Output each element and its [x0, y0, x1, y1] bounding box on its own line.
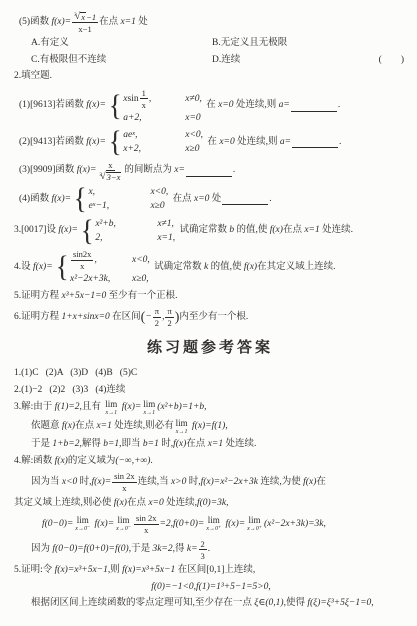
case-expression: x²+b,	[95, 218, 157, 230]
limit-subscript: x→1	[105, 410, 117, 416]
text-line: 4.设 f(x)={sin2xx,x<0,x²−2x+3k,x≥0, 试确定常数…	[12, 248, 408, 286]
math-run: −	[145, 311, 151, 324]
text-run: 的定义域为	[68, 455, 116, 468]
math-run: f(x)	[62, 420, 75, 433]
math-run: a=	[280, 136, 291, 149]
cases-rows: sin2xx,x<0,x²−2x+3k,x≥0,	[70, 248, 150, 286]
text-line: 因为 f(0−0)=f(0+0)=f(0),于是 3k=2,得 k=23.	[12, 539, 408, 561]
case-condition: x≠1,	[157, 218, 174, 230]
math-run: (x²+b)=1+b	[157, 401, 204, 414]
text-run: ,使得	[284, 597, 308, 610]
limit-subscript: x→0⁻	[75, 526, 90, 532]
math-fraction: x3√3−x	[97, 160, 123, 182]
math-run: k=	[187, 543, 198, 556]
math-run: f(x)	[173, 438, 186, 451]
option-column: A.有定义	[31, 37, 212, 50]
limit-operator: limx→0⁺	[247, 516, 262, 532]
math-run: x=0	[194, 193, 209, 206]
text-line: 于是 1+b=2,解得 b=1,即当 b=1 时,f(x)在点 x=1 处连续.	[12, 438, 408, 451]
text-run: .	[233, 164, 235, 177]
cases-rows: x²+b,x≠1,2,x=1,	[95, 217, 175, 245]
limit-word: lim	[105, 400, 117, 409]
text-line: 因为当 x<0 时,f(x)=sin 2xx连续,当 x>0 时,f(x)=x²…	[12, 471, 408, 493]
math-run: x<0,	[185, 129, 203, 141]
fraction-denominator: 3√3−x	[97, 171, 123, 182]
text-run: 在区间	[110, 311, 141, 324]
math-fraction: sin 2xx	[112, 471, 137, 493]
fill-in-blank	[222, 193, 268, 205]
text-run: 4.解:函数	[14, 455, 55, 468]
text-run: 处连续.	[223, 438, 256, 451]
text-run: 在点	[127, 497, 148, 510]
math-run: f(x)=	[92, 476, 112, 489]
math-run: f(x)	[114, 497, 127, 510]
limit-word: lim	[208, 516, 220, 525]
math-run: b=1	[103, 438, 119, 451]
cases-row: x²−2x+3k,x≥0,	[70, 272, 150, 286]
text-run: 在	[316, 476, 326, 489]
text-run: 的间断点为	[124, 164, 174, 177]
math-run: −1,	[96, 200, 110, 212]
fraction-denominator: x	[140, 99, 148, 110]
case-condition: x≠0,	[185, 93, 202, 105]
math-run: x=1	[304, 224, 319, 237]
math-run: x=1,	[157, 232, 175, 244]
cases-row: ex−1,x≥0	[88, 199, 168, 213]
text-run: (4)函数	[19, 193, 51, 206]
text-run: 处连续.	[320, 224, 353, 237]
math-run: f(x)=	[86, 99, 106, 112]
fraction-numerator: 2	[199, 539, 207, 551]
fraction-denominator: 2	[153, 318, 161, 329]
text-run: 3.[0017]设	[14, 224, 58, 237]
case-condition: x<0,	[150, 186, 168, 198]
limit-subscript: x→0⁺	[206, 526, 221, 532]
case-condition: x≥0,	[132, 273, 149, 285]
text-run: ,	[204, 401, 206, 414]
math-run: x=	[174, 164, 185, 177]
text-run: 在	[204, 99, 218, 112]
math-run: f(ξ)=ξ³+5ξ−1=0	[307, 597, 371, 610]
text-run: ,且有	[80, 401, 104, 414]
piecewise-cases: {xsin1x,x≠0,a+2,x=0	[108, 87, 202, 125]
cases-row: a+2,x=0	[123, 111, 202, 125]
math-run: f(x)=x³+5x−1	[122, 564, 175, 577]
text-line: (2)[9413]若函数 f(x)={aex,x<0,x+2,x≥0 在 x=0…	[12, 128, 408, 156]
limit-operator: limx→1	[176, 419, 188, 435]
math-run: f(0−0)=	[42, 518, 73, 531]
text-run: 内至少有一个根.	[179, 311, 248, 324]
text-line: 2.(1)−2 (2)2 (3)3 (4)连续	[12, 384, 408, 397]
answers-header: 练习题参考答案	[12, 339, 408, 358]
text-run: 2.(1)−2 (2)2 (3)3 (4)连续	[14, 384, 125, 397]
math-fraction: sin 2xx	[134, 513, 159, 535]
text-line: C.有极限但不连续D.连续( )	[12, 54, 408, 67]
text-line: (4)函数 f(x)={x,x<0,ex−1,x≥0 在点 x=0 处.	[12, 185, 408, 213]
text-run: 因为	[31, 543, 52, 556]
case-expression: x,	[88, 186, 150, 198]
math-run: x≠0,	[185, 93, 202, 105]
text-line: (1)[9613]若函数 f(x)={xsin1x,x≠0,a+2,x=0 在 …	[12, 87, 408, 125]
math-run: x²−2x+3k,	[70, 273, 110, 285]
radical-index: 3	[99, 170, 102, 180]
text-line: 3.解:由于 f(1)=2,且有 limx→1 f(x)=limx→1(x²+b…	[12, 400, 408, 416]
fraction-numerator: π	[165, 306, 173, 318]
answers-section: 1.(1)C (2)A (3)D (4)B (5)C2.(1)−2 (2)2 (…	[12, 367, 408, 610]
text-run: ,得	[173, 543, 187, 556]
text-run: 在点	[99, 16, 120, 29]
text-run: ,	[225, 420, 227, 433]
case-condition: x=1,	[157, 232, 175, 244]
radical: 3√3−x	[99, 172, 121, 182]
math-run: (−∞,+∞)	[115, 455, 150, 468]
text-run: 于是	[31, 438, 52, 451]
text-run: B.无定义且无极限	[212, 37, 287, 50]
radical-index: 3	[74, 10, 77, 20]
cases-row: sin2xx,x<0,	[70, 248, 150, 272]
text-run: 6.证明方程	[14, 311, 62, 324]
text-run: ,于是	[129, 543, 153, 556]
text-run: 时,	[77, 476, 91, 489]
text-line: 依题意 f(x)在点 x=1 处连续,则必有limx→1 f(x)=f(1),	[12, 419, 408, 435]
math-run: x<0,	[150, 186, 168, 198]
math-run: x≥0,	[132, 273, 149, 285]
text-line: 其定义域上连续,则必使 f(x)在点 x=0 处连续,f(0)=3k,	[12, 497, 408, 510]
case-expression: sin2xx,	[70, 249, 132, 271]
text-run: 处连续,则必有	[112, 420, 174, 433]
text-run: 处	[209, 193, 221, 206]
math-run: 1+x+sinx=0	[62, 311, 110, 324]
math-run: f(x)=	[92, 518, 114, 531]
math-run: x³+5x−1=0	[62, 290, 107, 303]
limit-subscript: x→1	[176, 429, 188, 435]
text-run: ,	[324, 518, 326, 531]
cases-rows: aex,x<0,x+2,x≥0	[123, 128, 203, 156]
math-run: f(0)=3k	[197, 497, 226, 510]
cases-brace-icon: {	[109, 93, 122, 119]
fill-in-blank	[186, 165, 232, 177]
case-expression: ex−1,	[88, 200, 150, 212]
math-run: f(x)=	[119, 401, 141, 414]
text-run: 2.填空题.	[14, 70, 52, 83]
math-run: f(1)=2	[55, 401, 80, 414]
superscript: x	[93, 202, 96, 209]
math-run: (x²−2x+3k)=3k	[264, 518, 324, 531]
fraction-denominator: x	[120, 483, 128, 494]
text-run: A.有定义	[31, 37, 69, 50]
math-fraction: 23	[199, 539, 207, 561]
math-run: a=	[279, 99, 290, 112]
math-run: x<0	[62, 476, 77, 489]
answer-parentheses: ( )	[379, 54, 404, 67]
text-line: f(0−0)=limx→0⁻ f(x)=limx→0⁻sin 2xx=2,f(0…	[12, 513, 408, 535]
text-line: (3)[9909]函数 f(x)=x3√3−x的间断点为 x=.	[12, 160, 408, 182]
math-run: f(x)	[270, 224, 283, 237]
limit-subscript: x→1	[143, 410, 155, 416]
limit-word: lim	[249, 516, 261, 525]
math-run: f(0)=−1<0,f(1)=1³+5−1=5>0	[151, 581, 268, 594]
text-run: 在点	[283, 224, 304, 237]
fraction-numerator: π	[153, 306, 161, 318]
text-run: .	[338, 99, 340, 112]
piecewise-cases: {aex,x<0,x+2,x≥0	[108, 128, 203, 156]
text-line: 2.填空题.	[12, 70, 408, 83]
fraction-numerator: sin 2x	[112, 471, 137, 483]
fraction-denominator: 2	[165, 318, 173, 329]
cases-brace-icon: {	[109, 129, 122, 155]
cases-row: x²+b,x≠1,	[95, 217, 175, 231]
text-run: sin	[128, 93, 139, 105]
case-condition: x<0,	[185, 129, 203, 141]
piecewise-cases: {sin2xx,x<0,x²−2x+3k,x≥0,	[55, 248, 150, 286]
math-run: x=1	[120, 16, 135, 29]
math-run: ae	[123, 129, 132, 141]
fill-in-blank	[292, 136, 338, 148]
limit-operator: limx→0⁻	[116, 516, 131, 532]
text-run: 处连续,则	[235, 136, 280, 149]
text-run: .	[269, 193, 271, 206]
limit-word: lim	[176, 419, 188, 428]
math-fraction: π2	[153, 306, 161, 328]
text-line: 3.[0017]设 f(x)={x²+b,x≠1,2,x=1, 试确定常数 b …	[12, 217, 408, 245]
math-run: f(x)=	[223, 518, 245, 531]
piecewise-cases: {x²+b,x≠1,2,x=1,	[80, 217, 175, 245]
case-expression: x+2,	[123, 143, 185, 155]
text-line: 根据闭区间上连续函数的零点定理可知,至少存在一点 ξ∈(0,1),使得 f(ξ)…	[12, 597, 408, 610]
case-expression: 2,	[95, 232, 157, 244]
case-condition: x=0	[185, 112, 200, 124]
text-run: 3.解:由于	[14, 401, 55, 414]
text-line: 6.证明方程 1+x+sinx=0 在区间(−π2,π2)内至少有一个根.	[12, 306, 408, 328]
cases-rows: x,x<0,ex−1,x≥0	[88, 185, 168, 213]
limit-operator: limx→0⁻	[75, 516, 90, 532]
math-run: f(x)=f(1)	[190, 420, 226, 433]
text-line: 5.证明方程 x³+5x−1=0 至少有一个正根.	[12, 290, 408, 303]
math-run: x=0	[218, 99, 233, 112]
math-run: f(x)=	[51, 16, 71, 29]
text-run: 在	[205, 136, 219, 149]
text-line: (5)函数 f(x)=3√x−1x−1在点 x=1 处	[12, 12, 408, 34]
text-run: 的值,使	[208, 261, 244, 274]
case-expression: aex,	[123, 129, 185, 141]
math-run: ,	[94, 254, 96, 266]
text-run: 5.证明方程	[14, 290, 62, 303]
text-run: 的值,使	[234, 224, 270, 237]
text-run: 时,	[159, 438, 173, 451]
math-run: x≥0	[150, 200, 164, 212]
math-run: ξ∈(0,1)	[254, 597, 283, 610]
math-run: f(x)=	[51, 193, 71, 206]
math-run: =2,f(0+0)=	[160, 518, 205, 531]
text-run: ,解得	[79, 438, 103, 451]
math-run: f(x)	[244, 261, 257, 274]
text-run: 在点	[75, 420, 96, 433]
case-condition: x≥0	[150, 200, 164, 212]
text-run: 1.(1)C (2)A (3)D (4)B (5)C	[14, 367, 137, 380]
math-run: ,	[162, 311, 164, 324]
math-fraction: π2	[165, 306, 173, 328]
limit-operator: limx→1	[105, 400, 117, 416]
cases-brace-icon: {	[81, 218, 94, 244]
superscript: x	[132, 131, 135, 138]
math-run: f(x)	[55, 455, 68, 468]
math-run: a+2,	[123, 112, 141, 124]
fraction-denominator: x−1	[76, 23, 93, 34]
math-run: x<0,	[132, 254, 150, 266]
text-run: 根据闭区间上连续函数的零点定理可知,至少存在一点	[31, 597, 254, 610]
text-line: 5.证明:令 f(x)=x³+5x−1,则 f(x)=x³+5x−1 在区间[0…	[12, 564, 408, 577]
text-run: ,	[226, 497, 228, 510]
math-run: x=1	[96, 420, 111, 433]
fraction-numerator: sin 2x	[134, 513, 159, 525]
text-run: 依题意	[31, 420, 62, 433]
text-line: 1.(1)C (2)A (3)D (4)B (5)C	[12, 367, 408, 380]
fraction-denominator: x	[142, 525, 150, 536]
text-run: 因为当	[31, 476, 62, 489]
text-line: A.有定义B.无定义且无极限	[12, 37, 408, 50]
text-run: 时,	[186, 476, 200, 489]
math-run: x=0	[148, 497, 163, 510]
text-run: 在点	[170, 193, 194, 206]
fraction-numerator: 1	[140, 88, 148, 100]
text-run: 试确定常数	[177, 224, 229, 237]
case-expression: xsin1x,	[123, 88, 185, 110]
cases-brace-icon: {	[74, 186, 87, 212]
math-run: x=1	[208, 438, 223, 451]
text-run: C.有极限但不连续	[31, 54, 106, 67]
math-run: x≠1,	[157, 218, 174, 230]
math-run: f(x)=	[77, 164, 97, 177]
math-run: x≥0	[185, 143, 199, 155]
math-run: x=0	[219, 136, 234, 149]
cases-row: aex,x<0,	[123, 128, 203, 142]
math-run: x+2,	[123, 143, 141, 155]
text-run: 在点	[186, 438, 207, 451]
limit-subscript: x→0⁺	[247, 526, 262, 532]
fraction-numerator: sin2x	[71, 249, 93, 261]
math-run: x²+b,	[95, 218, 116, 230]
text-run: .	[150, 455, 152, 468]
radical: 3√x	[74, 12, 86, 22]
text-run: 其定义域上连续,则必使	[14, 497, 114, 510]
math-run: f(x)=	[33, 261, 53, 274]
math-run: ,	[135, 129, 137, 141]
text-run: 处	[136, 16, 148, 29]
math-fraction: 1x	[140, 88, 148, 110]
text-run: 连续,当	[138, 476, 171, 489]
math-fraction: 3√x−1x−1	[72, 12, 98, 34]
limit-operator: limx→0⁺	[206, 516, 221, 532]
math-run: f(x)	[303, 476, 316, 489]
text-line: 4.解:函数 f(x)的定义域为(−∞,+∞).	[12, 455, 408, 468]
math-run: −1	[86, 12, 96, 22]
text-run: 在其定义域上连续.	[257, 261, 335, 274]
text-run: (2)[9413]若函数	[19, 136, 86, 149]
text-line: f(0)=−1<0,f(1)=1³+5−1=5>0,	[12, 581, 408, 594]
math-run: ,	[149, 93, 151, 105]
text-run: 4.设	[14, 261, 33, 274]
text-run: ,即当	[119, 438, 143, 451]
text-run: .	[339, 136, 341, 149]
math-run: f(x)=x²−2x+3k	[201, 476, 258, 489]
limit-operator: limx→1	[143, 400, 155, 416]
math-run: f(0−0)=f(0+0)=f(0)	[52, 543, 128, 556]
case-condition: x≥0	[185, 143, 199, 155]
math-run: f(x)=	[86, 136, 106, 149]
math-run: b=1	[143, 438, 159, 451]
cases-rows: xsin1x,x≠0,a+2,x=0	[123, 87, 202, 125]
math-run: x=0	[185, 112, 200, 124]
math-run: x,	[88, 186, 95, 198]
fraction-denominator: x	[78, 261, 86, 272]
fraction-numerator: x	[106, 160, 114, 172]
text-run: (1)[9613]若函数	[19, 99, 86, 112]
text-run: 处连续,	[164, 497, 197, 510]
math-run: x>0	[171, 476, 186, 489]
text-run: 处连续,则	[234, 99, 279, 112]
math-run: f(x)=x³+5x−1	[55, 564, 108, 577]
cases-brace-icon: {	[55, 254, 68, 280]
cases-row: 2,x=1,	[95, 231, 175, 245]
option-column: C.有极限但不连续	[31, 54, 212, 67]
fraction-numerator: 3√x−1	[72, 12, 98, 24]
math-run: f(x)=	[58, 224, 78, 237]
text-run: ,则	[108, 564, 122, 577]
math-run: 3k=2	[152, 543, 172, 556]
case-expression: a+2,	[123, 112, 185, 124]
exercise-problems-section: (5)函数 f(x)=3√x−1x−1在点 x=1 处A.有定义B.无定义且无极…	[12, 12, 408, 329]
piecewise-cases: {x,x<0,ex−1,x≥0	[73, 185, 168, 213]
text-run: 连续,为使	[258, 476, 303, 489]
text-run: 在区间[0,1]上连续,	[175, 564, 255, 577]
math-run: 1+b=2	[52, 438, 79, 451]
cases-row: xsin1x,x≠0,	[123, 87, 202, 111]
text-run: 5.证明:令	[14, 564, 55, 577]
case-condition: x<0,	[132, 254, 150, 266]
text-run: ,	[268, 581, 270, 594]
limit-subscript: x→0⁻	[116, 526, 131, 532]
math-fraction: sin2xx	[71, 249, 93, 271]
text-run: .	[208, 543, 210, 556]
case-expression: x²−2x+3k,	[70, 273, 132, 285]
cases-row: x,x<0,	[88, 185, 168, 199]
limit-word: lim	[143, 400, 155, 409]
limit-word: lim	[77, 516, 89, 525]
cases-row: x+2,x≥0	[123, 142, 203, 156]
text-run: (5)函数	[19, 16, 51, 29]
text-run: D.连续	[212, 54, 240, 67]
text-run: 试确定常数	[152, 261, 204, 274]
page: (5)函数 f(x)=3√x−1x−1在点 x=1 处A.有定义B.无定义且无极…	[0, 0, 417, 626]
math-run: 2,	[95, 232, 102, 244]
radicand: 3−x	[106, 172, 122, 182]
limit-word: lim	[118, 516, 130, 525]
text-run: 至少有一个正根.	[106, 290, 177, 303]
fill-in-blank	[291, 100, 337, 112]
fraction-denominator: 3	[199, 550, 207, 561]
text-run: ,	[371, 597, 373, 610]
text-run: (3)[9909]函数	[19, 164, 77, 177]
